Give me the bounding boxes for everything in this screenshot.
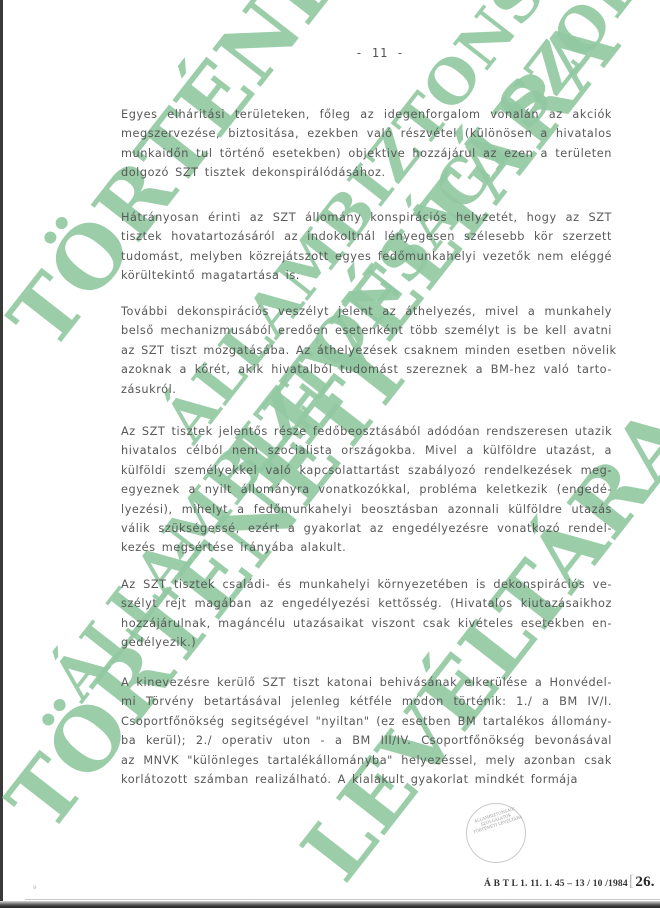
archive-reference: Á B T L 1. 11. 1. 45 – 13 / 10 /1984[26. (484, 873, 655, 891)
text-line: lyezési), mihelyt a fedőmunkahelyi beosz… (121, 500, 612, 519)
text-line: azoknak a körét, akik hivatalból tudomás… (121, 360, 612, 379)
text-line: az MNVK "különleges tartalékállományba" … (121, 751, 612, 770)
text-line: Hátrányosan érinti az SZT állomány konsp… (121, 208, 612, 227)
paragraph: Egyes elháritási területeken, főleg az i… (121, 105, 612, 183)
text-line: További dekonspirációs veszélyt jelent a… (121, 302, 612, 321)
text-line: munkaidőn tul történő esetekben) objekti… (121, 144, 612, 163)
paragraph: Az SZT tisztek családi- és munkahelyi kö… (121, 575, 612, 653)
text-line: dolgozó SZT tisztek dekonspirálódásához. (121, 163, 612, 182)
text-line: Csoportfőnökség segitségével "nyiltan" (… (121, 712, 612, 731)
text-line: körültekintő magatartása is. (121, 266, 612, 285)
text-line: tudomást, melyben közrejátszott egyes fe… (121, 247, 612, 266)
text-line: korlátozott számban realizálható. A kial… (121, 770, 612, 789)
archive-stamp: ÁLLAMBIZTONSÁGI SZOLGÁLATOK TÖRTÉNETI LE… (466, 803, 526, 863)
paragraph: Az SZT tisztek jelentős része fedőbeoszt… (121, 422, 612, 558)
text-line: zásukról. (121, 380, 612, 399)
text-line: tisztek hovatartozásáról az indokoltnál … (121, 227, 612, 246)
text-line: az SZT tiszt mozgatásába. Az áthelyezése… (121, 341, 612, 360)
text-line: Az SZT tisztek családi- és munkahelyi kö… (121, 575, 612, 594)
scan-mark: v (33, 884, 37, 891)
text-line: Egyes elháritási területeken, főleg az i… (121, 105, 612, 124)
text-line: szélyt rejt magában az engedélyezési ket… (121, 594, 612, 613)
text-line: válik szükségessé, ezért a gyakorlat az … (121, 519, 612, 538)
paragraph: Hátrányosan érinti az SZT állomány konsp… (121, 208, 612, 286)
text-line: gedélyezik.) (121, 633, 612, 652)
text-line: Az SZT tisztek jelentős része fedőbeoszt… (121, 422, 612, 441)
text-line: megszervezése, biztositása, ezekben való… (121, 124, 612, 143)
text-line: kezés megsértése irányába alakult. (121, 538, 612, 557)
text-line: mi Törvény betartásával jelenleg kétféle… (121, 692, 612, 711)
text-line: ba kerül); 2./ operativ uton - a BM III/… (121, 731, 612, 750)
text-line: külföldi személyekkel való kapcsolattart… (121, 461, 612, 480)
paragraph: A kinevezésre kerülő SZT tiszt katonai b… (121, 673, 612, 789)
text-line: egyeznek a nyilt állományra vonatkozókka… (121, 480, 612, 499)
text-line: hozzájárulnak, magáncélu utazásaikat vis… (121, 614, 612, 633)
scan-bottom-edge (0, 901, 660, 908)
separator: [ (629, 873, 635, 890)
scan-bottom-line (25, 899, 660, 900)
text-line: A kinevezésre kerülő SZT tiszt katonai b… (121, 673, 612, 692)
text-line: hivatalos célból nem szocialista országo… (121, 441, 612, 460)
sheet-number: 26. (635, 874, 654, 890)
text-layer: - 11 - Egyes elháritási területeken, fől… (0, 0, 660, 908)
document-page: TÖRTÉNETI ÁLLAMBIZTONSÁGI SZOLGÁLATOK LE… (0, 0, 660, 908)
page-number: - 11 - (0, 46, 660, 60)
paragraph: További dekonspirációs veszélyt jelent a… (121, 302, 612, 399)
text-line: belső mechanizmusából eredően esetenként… (121, 321, 612, 340)
reference-code: Á B T L 1. 11. 1. 45 – 13 / 10 /1984 (484, 879, 628, 889)
